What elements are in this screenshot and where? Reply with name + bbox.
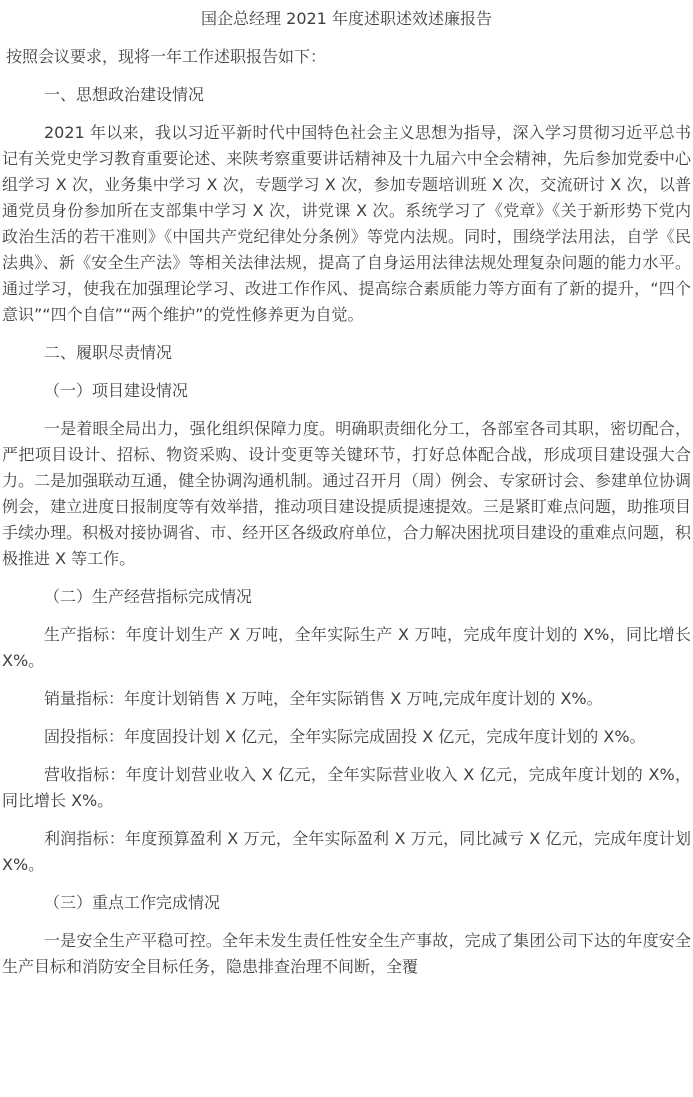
paragraph-safety-production: 一是安全生产平稳可控。全年未发生责任性安全生产事故，完成了集团公司下达的年度安全… xyxy=(2,928,691,980)
paragraph-political-study: 2021 年以来，我以习近平新时代中国特色社会主义思想为指导，深入学习贯彻习近平… xyxy=(2,120,691,328)
section-heading-2: 二、履职尽责情况 xyxy=(2,340,691,366)
subsection-heading-3: （三）重点工作完成情况 xyxy=(2,890,691,916)
paragraph-sales-indicator: 销量指标：年度计划销售 X 万吨，全年实际销售 X 万吨,完成年度计划的 X%。 xyxy=(2,686,691,712)
paragraph-profit-indicator: 利润指标：年度预算盈利 X 万元，全年实际盈利 X 万元，同比减亏 X 亿元，完… xyxy=(2,826,691,878)
document-title: 国企总经理 2021 年度述职述效述廉报告 xyxy=(2,6,691,32)
paragraph-production-indicator: 生产指标：年度计划生产 X 万吨，全年实际生产 X 万吨，完成年度计划的 X%，… xyxy=(2,622,691,674)
paragraph-revenue-indicator: 营收指标：年度计划营业收入 X 亿元，全年实际营业收入 X 亿元，完成年度计划的… xyxy=(2,762,691,814)
paragraph-project-construction: 一是着眼全局出力，强化组织保障力度。明确职责细化分工，各部室各司其职，密切配合，… xyxy=(2,416,691,572)
document-page: 国企总经理 2021 年度述职述效述廉报告 按照会议要求，现将一年工作述职报告如… xyxy=(0,0,693,1097)
subsection-heading-2: （二）生产经营指标完成情况 xyxy=(2,584,691,610)
intro-paragraph: 按照会议要求，现将一年工作述职报告如下： xyxy=(2,44,691,70)
section-heading-1: 一、思想政治建设情况 xyxy=(2,82,691,108)
paragraph-investment-indicator: 固投指标：年度固投计划 X 亿元，全年实际完成固投 X 亿元，完成年度计划的 X… xyxy=(2,724,691,750)
subsection-heading-1: （一）项目建设情况 xyxy=(2,378,691,404)
